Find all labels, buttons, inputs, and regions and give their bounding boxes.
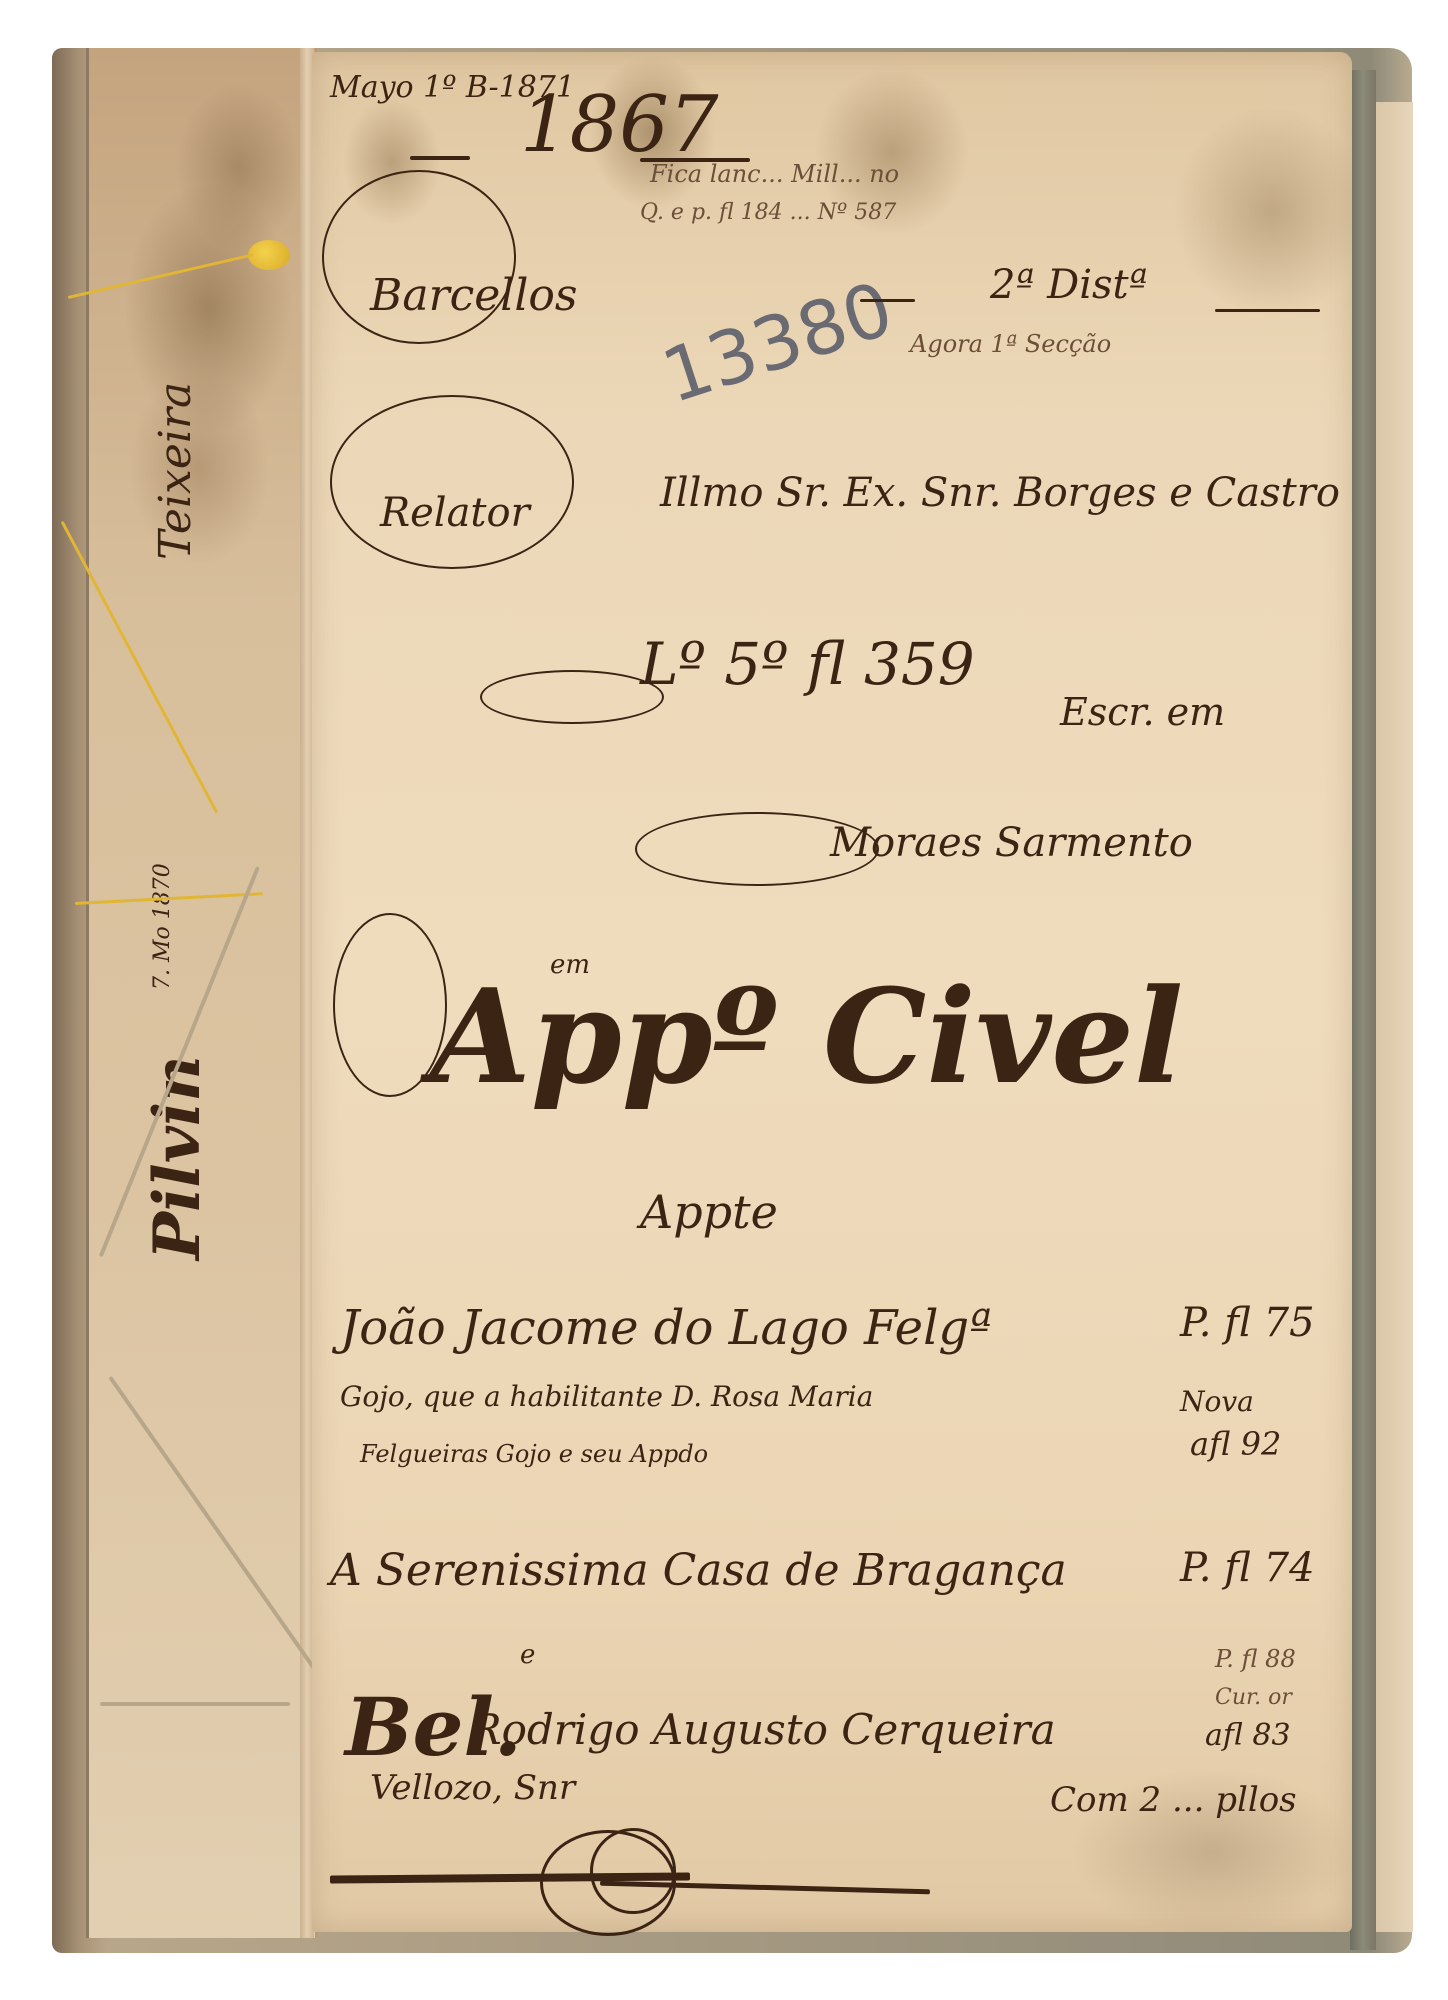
book-reference: Lº 5º fl 359 bbox=[640, 630, 975, 698]
year-rule-left bbox=[410, 156, 470, 160]
relator-label: Relator bbox=[380, 490, 530, 536]
second-respondent-ref3: afl 83 bbox=[1205, 1718, 1291, 1753]
back-sheet bbox=[1370, 102, 1413, 1932]
closing-note: Com 2 ... pllos bbox=[1050, 1780, 1297, 1820]
binding-string-lower-horizontal bbox=[100, 1702, 290, 1706]
relator-name: Illmo Sr. Ex. Snr. Borges e Castro bbox=[660, 470, 1340, 516]
escrivao-label: Escr. em bbox=[1060, 690, 1225, 734]
district-rule-mid bbox=[860, 299, 915, 302]
bottom-ornament-ring-small bbox=[590, 1828, 676, 1914]
appellant-note-right1: Nova bbox=[1180, 1385, 1254, 1418]
yellow-thread-knot bbox=[248, 240, 290, 270]
year-note-line2: Q. e p. fl 184 ... Nº 587 bbox=[640, 200, 896, 225]
spine-panel bbox=[86, 48, 317, 1938]
year-note-line1: Fica lanc... Mill... no bbox=[650, 160, 899, 188]
appellant-note-line1: Gojo, que a habilitante D. Rosa Maria bbox=[340, 1380, 873, 1413]
year: 1867 bbox=[520, 80, 719, 170]
appellant-name: João Jacome do Lago Felgª bbox=[340, 1300, 992, 1356]
respondent-name: A Serenissima Casa de Bragança bbox=[330, 1545, 1067, 1596]
spine-name-bottom: Pilvin bbox=[140, 1055, 215, 1260]
second-respondent-name: Rodrigo Augusto Cerqueira bbox=[470, 1705, 1056, 1754]
district-note: Agora 1ª Secção bbox=[910, 330, 1111, 358]
respondent-ref: P. fl 74 bbox=[1180, 1545, 1315, 1591]
second-respondent-ref1: P. fl 88 bbox=[1215, 1645, 1296, 1673]
district-rule-right bbox=[1215, 309, 1320, 312]
district-section: 2ª Distª bbox=[990, 262, 1148, 308]
case-type: Appº Civel bbox=[430, 960, 1183, 1113]
appellant-note-right2: afl 92 bbox=[1190, 1425, 1281, 1463]
second-respondent-ref2: Cur. or bbox=[1215, 1685, 1292, 1710]
spine-date: 7. Mo 1870 bbox=[150, 863, 175, 990]
right-board-edge bbox=[1350, 70, 1376, 1950]
book-reference-flourish bbox=[480, 670, 664, 724]
district: Barcellos bbox=[370, 270, 578, 321]
appellant-ref: P. fl 75 bbox=[1180, 1300, 1315, 1346]
escrivao-name: Moraes Sarmento bbox=[830, 820, 1193, 866]
spine-name-top: Teixeira bbox=[150, 382, 201, 560]
conjunction: e bbox=[520, 1640, 535, 1670]
appellant-note-line2: Felgueiras Gojo e seu Appdo bbox=[360, 1440, 708, 1468]
relator-flourish bbox=[330, 395, 574, 569]
appellant-label: Appte bbox=[640, 1185, 778, 1239]
second-respondent-name-cont: Vellozo, Snr bbox=[370, 1768, 575, 1808]
